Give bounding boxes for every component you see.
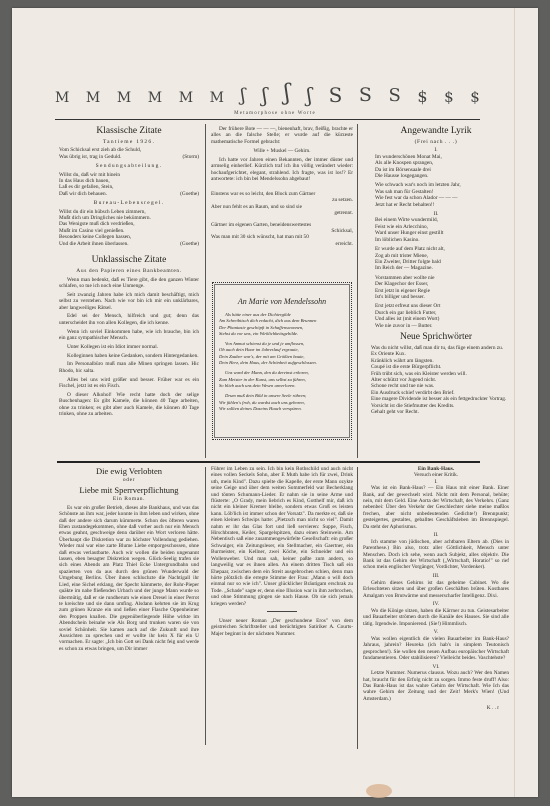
column-divider: [357, 124, 358, 458]
m-to-dollar-glyph: S: [329, 85, 343, 105]
bank-section-text: Wo die Könige sitzen, haben die Kärrner …: [363, 608, 509, 627]
m-to-dollar-glyph: ʃ: [241, 87, 246, 105]
proverb-list: Was du nicht willst, daß man dir tu, das…: [363, 345, 509, 415]
attribution: (Storm): [183, 154, 199, 160]
verse-line: Ist's billiger und besser.: [375, 294, 509, 300]
aphorisms-column: Der frühere Bote — — —, bienenhaft, brav…: [211, 126, 353, 247]
verse-block: Gärtner im eigenen Garten, beneidenswert…: [211, 222, 353, 248]
m-to-dollar-glyph: $: [470, 90, 480, 105]
m-to-dollar-glyph: S: [359, 86, 372, 105]
column-divider: [205, 124, 206, 458]
poem-stanza: Drum muß dein Bild in unsere Seele rühre…: [219, 393, 345, 412]
bank-section-text: Gehirn dieses Gehirns ist das geheime Ca…: [363, 580, 509, 599]
proverb: Eine magere Dividende ist besser als ein…: [363, 396, 509, 402]
m-to-dollar-glyph: M: [179, 91, 193, 105]
verse-line: Und die Arbeit ihnen überlassen.: [59, 241, 129, 247]
subtitle: Aus den Papieren eines Bankbeamten.: [59, 268, 199, 274]
paragraph: Alles bei uns wird größer und besser. Fr…: [59, 377, 199, 390]
attribution: (Goethe): [180, 241, 199, 247]
section-heading: Bureau-Lebensregel.: [59, 200, 199, 206]
mendelssohn-poem-box: An Marie von Mendelssohn Als hätte einer…: [212, 282, 352, 440]
lyrics-column: Angewandte Lyrik (Frei nach . . .) I. Im…: [363, 124, 509, 415]
m-to-dollar-glyph: M: [210, 91, 224, 105]
verse-line: Was übrig ist, trag in Geduld.: [59, 154, 121, 160]
novel-title: Die ewig Verlobten: [59, 466, 199, 476]
paragraph: O dieser Alkohol! Wie recht hatte doch d…: [59, 392, 199, 418]
top-rule: [55, 119, 480, 120]
unclassic-quotes-title: Unklassische Zitate: [59, 255, 199, 266]
m-to-dollar-glyph: M: [55, 91, 69, 105]
bank-section-text: Ich stamme von jüdischen, aber achtbaren…: [363, 539, 509, 571]
paragraph: Ich hatte vor Jahren einen Bekannten, de…: [211, 157, 353, 183]
section-heading: Tantieme 1926.: [59, 139, 199, 145]
novel-announcement: Unser neuer Roman „Der geschundene Eros"…: [211, 618, 353, 637]
bank-house-column: Ein Bank-Haus. Versuch einer Kritik. I. …: [363, 466, 509, 711]
poem-stanza: Uns ward der Mann, den du dereinst erkor…: [219, 370, 345, 389]
verse-line: Im Reich der — Magazine.: [375, 265, 509, 271]
bank-section-text: Letzte Nummer. Numerus clausus. Wozu auc…: [363, 670, 509, 702]
verse-block: Im wunderschönen Monat Mai, Als alle Kno…: [363, 154, 509, 180]
page-fold: [514, 8, 515, 797]
m-to-dollar-glyph: M: [86, 91, 100, 105]
novel-subtitle: Ein Roman.: [59, 496, 199, 502]
poem-stanza: Von Anmut schienst du je und je umflosse…: [219, 341, 345, 366]
verse-line: Jetzt hat er Recht behalten!!: [375, 202, 509, 208]
new-proverbs-title: Neue Sprichwörter: [363, 332, 509, 343]
attribution: (Goethe): [180, 191, 199, 197]
paragraph: Wenn ich soviel Einkommen habe, wie ich …: [59, 329, 199, 342]
classic-quotes-title: Klassische Zitate: [59, 126, 199, 137]
paragraph: Wenn man bedenkt, daß es Tiere gibt, die…: [59, 277, 199, 290]
signature: K . . r: [363, 705, 509, 711]
m-to-dollar-glyph: M: [117, 91, 131, 105]
paper-stain: [366, 784, 392, 798]
paragraph: Edel sei der Mensch, hilfreich und gut; …: [59, 313, 199, 326]
metamorphosis-banner: M M M M M M ʃ ʃ ʃ ʃ S S S $ $ $: [55, 45, 480, 105]
verse-line: Im löblichen Kasino.: [375, 237, 509, 243]
novel-text: Es war ein großer Betrieb, dieses alte B…: [59, 505, 199, 652]
paragraph: Kolleginnen haben keine Gedanken, sonder…: [59, 353, 199, 359]
verse-line: erreicht.: [211, 241, 353, 247]
subtitle: (Frei nach . . .): [363, 139, 509, 145]
novel-continuation-column: Führer im Leben zu sein. Ich bin kein Ro…: [211, 466, 353, 640]
poem-title: An Marie von Mendelssohn: [219, 297, 345, 306]
poem-stanza: Als hätte einer aus der Dichtergilde Am …: [219, 312, 345, 337]
m-to-dollar-glyph: ʃ: [284, 83, 290, 105]
m-to-dollar-glyph: S: [388, 87, 400, 105]
paragraph: Unter Kollegen ist ein Idiot immer norma…: [59, 344, 199, 350]
bank-section-text: Was ist ein Bank-Haus? — Ein Haus mit ei…: [363, 485, 509, 530]
novel-or: oder: [59, 477, 199, 483]
novel-text: Führer im Leben zu sein. Ich bin kein Ro…: [211, 466, 353, 607]
section-rule: [57, 461, 480, 463]
m-to-dollar-glyph: M: [148, 91, 162, 105]
m-to-dollar-glyph: $: [417, 89, 427, 105]
proverb: Gehalt geht vor Recht.: [363, 409, 509, 415]
poem-line: Dein Herz, dein Haus, der Schönheit aufg…: [219, 360, 345, 366]
verse-line: Die Hausse losgegangen.: [375, 173, 509, 179]
m-to-dollar-glyph: ʃ: [307, 85, 312, 105]
novel-title-2: Liebe mit Sperrverpflichtung: [59, 485, 199, 495]
formula: Wille + Muskel — Gehirn.: [211, 148, 353, 154]
poem-line: Stehst du vor uns, ein Wirklichkeitsgebi…: [219, 331, 345, 337]
m-to-dollar-glyph: $: [444, 90, 454, 105]
verse-block: Erst jetzt erfreut uns dieser Ort Durch …: [363, 303, 509, 329]
applied-lyrics-title: Angewandte Lyrik: [363, 126, 509, 137]
poem-line: So blieb auch uns dein Wesen unverloren.: [219, 383, 345, 389]
classic-quotes-column: Klassische Zitate Tantieme 1926. Vom Sch…: [59, 124, 199, 420]
column-divider: [357, 467, 358, 749]
m-to-dollar-glyph: ʃ: [262, 85, 267, 105]
novel-column: Die ewig Verlobten oder Liebe mit Sperrv…: [59, 466, 199, 655]
paragraph: Seit zwanzig Jahren habe ich mich damit …: [59, 292, 199, 311]
column-divider: [205, 467, 206, 745]
short-divider: [267, 611, 297, 612]
paragraph: Der frühere Bote — — —, bienenhaft, brav…: [211, 126, 353, 145]
verse-block: Vorstammen aber wollte nie Der Klagechor…: [363, 275, 509, 301]
verse-block: Einstens war es so leicht, den Block zum…: [211, 191, 353, 217]
poem-line: Wir sollten deines Daseins Hauch verspür…: [219, 406, 345, 412]
verse-block: Er wurde auf dem Platz nicht alt, Zog ab…: [363, 246, 509, 272]
verse-line: Wie nie zuvor in — Butter.: [375, 323, 509, 329]
verse-block: Wie schwach war's noch im letzten Jahr, …: [363, 182, 509, 208]
section-heading: Sendungsabteilung.: [59, 163, 199, 169]
paragraph: Im Personalbüro muß man alle Minen sprin…: [59, 361, 199, 374]
verse-line: Daß wir dich behauen.: [59, 191, 107, 197]
bank-section-text: Was wollen eigentlich die vielen Bauarbe…: [363, 636, 509, 662]
banner-caption: Metamorphose ohne Worte: [0, 111, 550, 116]
verse-block: Bei einem Wirte wundermild, Feist wie ei…: [363, 217, 509, 243]
